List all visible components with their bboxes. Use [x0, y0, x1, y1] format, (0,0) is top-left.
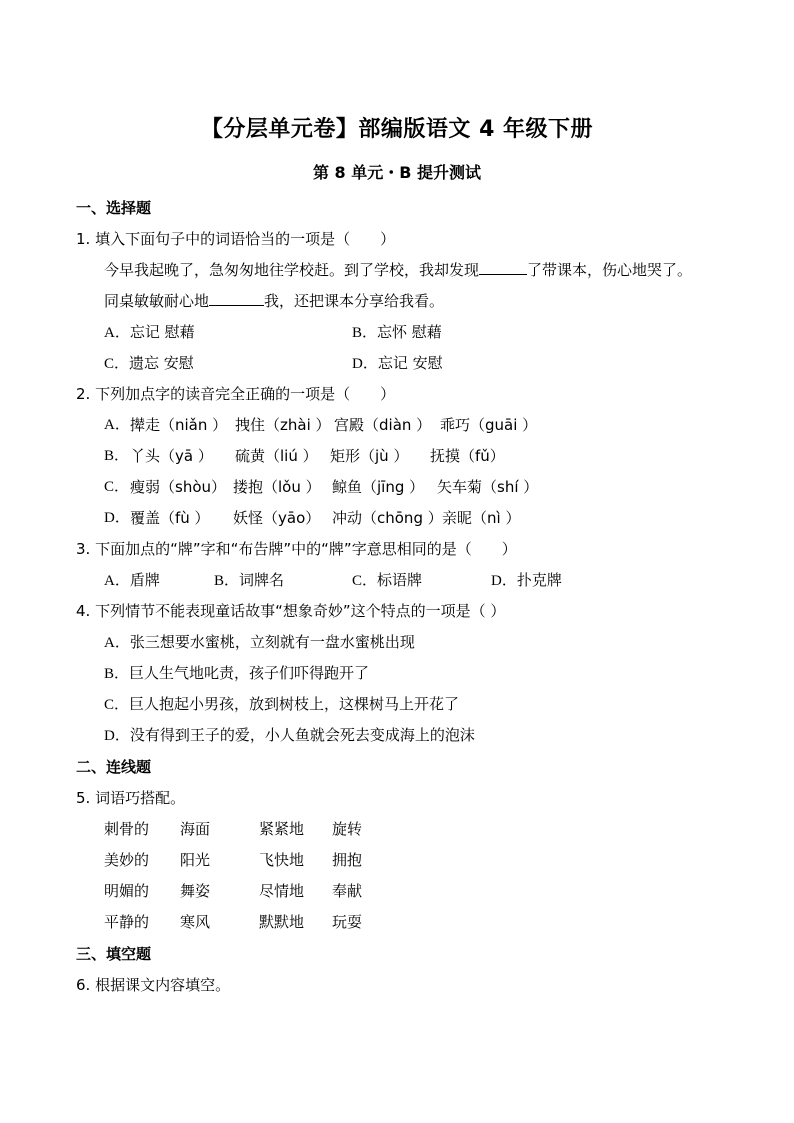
question-1-option-a[interactable]: A．忘记 慰藉: [104, 322, 195, 343]
pinyin-item: 宫殿（diàn ）: [334, 415, 431, 435]
pinyin-item: 冲动（chōng ）: [332, 508, 443, 528]
option-text: 盾牌: [130, 571, 160, 589]
option-letter: D．: [352, 356, 378, 372]
option-letter: A．: [104, 573, 130, 589]
question-5-stem: 5. 词语巧搭配。: [76, 788, 185, 808]
question-3-stem: 3. 下面加点的“牌”字和“布告牌”中的“牌”字意思相同的是（ ）: [76, 539, 517, 559]
question-4-option-a[interactable]: A．张三想要水蜜桃，立刻就有一盘水蜜桃出现: [104, 632, 415, 653]
answer-blank-1[interactable]: [479, 260, 527, 275]
option-text: 忘记 慰藉: [130, 323, 195, 341]
matching-word[interactable]: 尽情地: [259, 881, 304, 901]
passage-text: 了带课本，伤心地哭了。: [527, 261, 692, 279]
question-3-option-d[interactable]: D．扑克牌: [491, 570, 562, 591]
option-text: 忘记 安慰: [378, 354, 443, 372]
option-text: 巨人抱起小男孩，放到树枝上，这棵树马上开花了: [129, 695, 459, 713]
page-subtitle: 第 8 单元・B 提升测试: [0, 162, 794, 184]
option-letter: D．: [104, 728, 130, 744]
option-text: 标语牌: [377, 571, 422, 589]
option-text: 张三想要水蜜桃，立刻就有一盘水蜜桃出现: [130, 633, 415, 651]
matching-word[interactable]: 刺骨的: [104, 819, 149, 839]
option-letter: C．: [104, 356, 129, 372]
option-text: 扑克牌: [517, 571, 562, 589]
matching-word[interactable]: 旋转: [332, 819, 362, 839]
pinyin-item: 乖巧（guāi ）: [440, 415, 537, 435]
pinyin-item: 抚摸（fǔ）: [430, 446, 505, 466]
matching-word[interactable]: 玩耍: [332, 912, 362, 932]
question-1-passage-line-1: 今早我起晚了，急匆匆地往学校赶。到了学校，我却发现了带课本，伤心地哭了。: [104, 260, 692, 280]
pinyin-item: 鲸鱼（jīng ）: [332, 477, 424, 497]
answer-blank-2[interactable]: [209, 291, 264, 306]
question-3-option-b[interactable]: B．词牌名: [214, 570, 284, 591]
option-letter: D．: [491, 573, 517, 589]
option-letter: C．: [352, 573, 377, 589]
matching-word[interactable]: 奉献: [332, 881, 362, 901]
question-6-stem: 6. 根据课文内容填空。: [76, 975, 230, 995]
matching-word[interactable]: 舞姿: [180, 881, 210, 901]
matching-word[interactable]: 拥抱: [332, 850, 362, 870]
option-letter: B．: [352, 325, 377, 341]
question-1-passage-line-2: 同桌敏敏耐心地我，还把课本分享给我看。: [104, 291, 444, 311]
section-heading-fill-blank: 三、填空题: [76, 944, 151, 964]
matching-word[interactable]: 默默地: [259, 912, 304, 932]
matching-word[interactable]: 美妙的: [104, 850, 149, 870]
question-4-option-c[interactable]: C．巨人抱起小男孩，放到树枝上，这棵树马上开花了: [104, 694, 459, 715]
pinyin-item: 矩形（jù ）: [330, 446, 408, 466]
pinyin-item: 撵走（niǎn ）: [130, 415, 227, 435]
question-4-stem: 4. 下列情节不能表现童话故事“想象奇妙”这个特点的一项是（ ）: [76, 601, 505, 621]
pinyin-item: 妖怪（yāo）: [233, 508, 320, 528]
passage-text: 同桌敏敏耐心地: [104, 292, 209, 310]
pinyin-item: 丫头（yā ）: [130, 446, 213, 466]
question-3-option-a[interactable]: A．盾牌: [104, 570, 160, 591]
pinyin-item: 硫黄（liú ）: [235, 446, 318, 466]
matching-word[interactable]: 平静的: [104, 912, 149, 932]
pinyin-item: 亲昵（nì ）: [442, 508, 520, 528]
option-letter: D．: [104, 508, 130, 528]
passage-text: 今早我起晚了，急匆匆地往学校赶。到了学校，我却发现: [104, 261, 479, 279]
matching-word[interactable]: 阳光: [180, 850, 210, 870]
option-letter: A．: [104, 325, 130, 341]
question-1-stem: 1. 填入下面句子中的词语恰当的一项是（ ）: [76, 229, 395, 249]
option-letter: B．: [104, 446, 129, 466]
option-text: 词牌名: [239, 571, 284, 589]
matching-word[interactable]: 寒风: [180, 912, 210, 932]
question-1-option-c[interactable]: C．遗忘 安慰: [104, 353, 194, 374]
pinyin-item: 瘦弱（shòu）: [130, 477, 226, 497]
option-text: 遗忘 安慰: [129, 354, 194, 372]
passage-text: 我，还把课本分享给我看。: [264, 292, 444, 310]
matching-word[interactable]: 明媚的: [104, 881, 149, 901]
matching-word[interactable]: 飞快地: [259, 850, 304, 870]
option-letter: C．: [104, 697, 129, 713]
section-heading-matching: 二、连线题: [76, 757, 151, 777]
option-letter: B．: [214, 573, 239, 589]
pinyin-item: 覆盖（fù ）: [130, 508, 210, 528]
pinyin-item: 搂抱（lǒu ）: [233, 477, 321, 497]
question-4-option-b[interactable]: B．巨人生气地叱责，孩子们吓得跑开了: [104, 663, 369, 684]
question-2-stem: 2. 下列加点字的读音完全正确的一项是（ ）: [76, 384, 395, 404]
pinyin-item: 矢车菊（shí ）: [437, 477, 538, 497]
option-letter: B．: [104, 666, 129, 682]
question-3-option-c[interactable]: C．标语牌: [352, 570, 422, 591]
section-heading-choice: 一、选择题: [76, 198, 151, 218]
question-1-option-b[interactable]: B．忘怀 慰藉: [352, 322, 442, 343]
question-4-option-d[interactable]: D．没有得到王子的爱，小人鱼就会死去变成海上的泡沫: [104, 725, 475, 746]
pinyin-item: 拽住（zhài ）: [235, 415, 331, 435]
page-title: 【分层单元卷】部编版语文 4 年级下册: [0, 116, 794, 144]
option-letter: A．: [104, 635, 130, 651]
option-text: 巨人生气地叱责，孩子们吓得跑开了: [129, 664, 369, 682]
option-letter: C．: [104, 477, 129, 497]
option-letter: A．: [104, 415, 130, 435]
question-1-option-d[interactable]: D．忘记 安慰: [352, 353, 443, 374]
option-text: 忘怀 慰藉: [377, 323, 442, 341]
matching-word[interactable]: 紧紧地: [259, 819, 304, 839]
option-text: 没有得到王子的爱，小人鱼就会死去变成海上的泡沫: [130, 726, 475, 744]
matching-word[interactable]: 海面: [180, 819, 210, 839]
